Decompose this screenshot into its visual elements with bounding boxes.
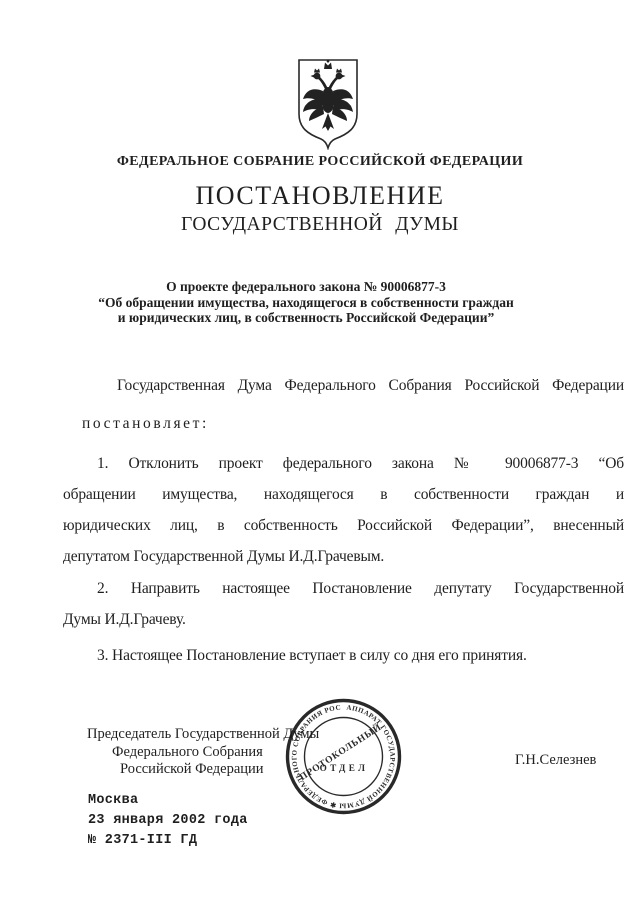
subject-line: “Об обращении имущества, находящегося в …: [0, 295, 612, 311]
body-line: 3. Настоящее Постановление вступает в си…: [63, 640, 624, 671]
footer-city: Москва: [88, 791, 248, 811]
body-line: Государственная Дума Федерального Собран…: [63, 370, 624, 401]
signatory-name: Г.Н.Селезнев: [515, 752, 596, 769]
stamp-word-department: ОТДЕЛ: [320, 763, 369, 773]
footer-date: 23 января 2002 года: [88, 811, 248, 831]
document-issuer-title: ГОСУДАРСТВЕННОЙ ДУМЫ: [0, 213, 640, 237]
subject-line: и юридических лиц, в собственность Росси…: [0, 310, 612, 326]
body-line: обращении имущества, находящегося в собс…: [63, 479, 624, 510]
body-line: 1. Отклонить проект федерального закона …: [63, 448, 624, 479]
body-line: 2. Направить настоящее Постановление деп…: [63, 573, 624, 604]
body-line: депутатом Государственной Думы И.Д.Граче…: [63, 541, 624, 572]
double-headed-eagle: [303, 60, 353, 131]
subject-line: О проекте федерального закона № 90006877…: [0, 279, 612, 295]
body-line: Думы И.Д.Грачеву.: [63, 604, 624, 635]
document-type-title: ПОСТАНОВЛЕНИЕ: [0, 181, 640, 211]
russian-coat-of-arms-icon: [296, 58, 360, 150]
stamp-word-protocol: ПРОТОКОЛЬНЫЙ: [297, 721, 384, 783]
scanned-document-page: ФЕДЕРАЛЬНОЕ СОБРАНИЕ РОССИЙСКОЙ ФЕДЕРАЦИ…: [0, 0, 640, 900]
protocol-department-stamp: АППАРАТ ГОСУДАРСТВЕННОЙ ДУМЫ ✱ ФЕДЕРАЛЬН…: [281, 694, 406, 819]
document-body: Государственная Дума Федерального Собран…: [63, 370, 624, 671]
document-footer: Москва 23 января 2002 года № 2371-III ГД: [88, 791, 248, 851]
footer-number: № 2371-III ГД: [88, 831, 248, 851]
federal-assembly-org-line: ФЕДЕРАЛЬНОЕ СОБРАНИЕ РОССИЙСКОЙ ФЕДЕРАЦИ…: [0, 154, 640, 170]
body-line: юридических лиц, в собственность Российс…: [63, 510, 624, 541]
document-subject: О проекте федерального закона № 90006877…: [0, 279, 612, 326]
body-line: постановляет:: [63, 408, 624, 439]
